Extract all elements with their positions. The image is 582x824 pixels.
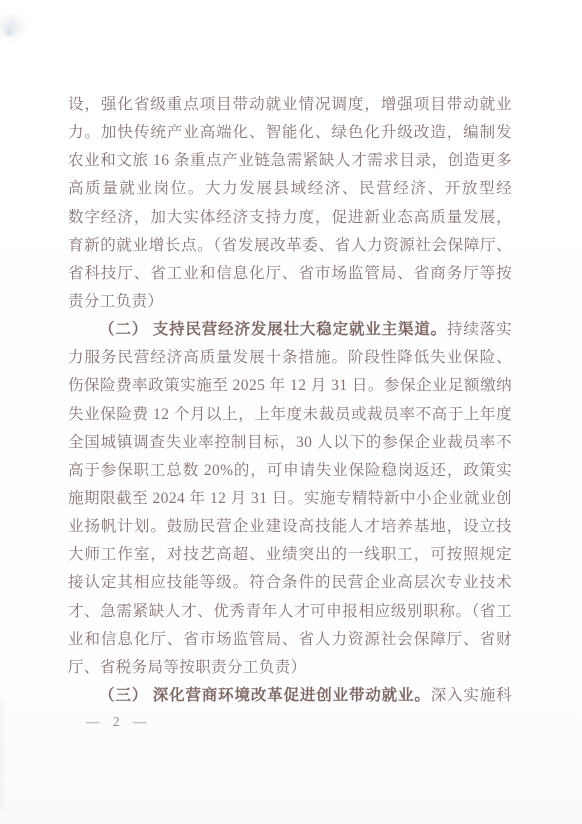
text-line: 数字经济，加大实体经济支持力度，促进新业态高质量发展，培 bbox=[68, 204, 512, 232]
text-line-content: 失业保险费 12 个月以上，上年度未裁员或裁员率不高于上年度 bbox=[68, 406, 512, 423]
text-line: 大师工作室，对技艺高超、业绩突出的一线职工，可按照规定直 bbox=[68, 541, 512, 569]
document-page: 设，强化省级重点项目带动就业情况调度，增强项目带动就业能力。加快传统产业高端化、… bbox=[0, 0, 582, 824]
text-line-content: 农业和文旅 16 条重点产业链急需紧缺人才需求目录，创造更多 bbox=[68, 152, 512, 169]
text-line: 力服务民营经济高质量发展十条措施。阶段性降低失业保险、工 bbox=[68, 344, 512, 372]
page-number: — 2 — bbox=[86, 708, 152, 736]
text-line: 才、急需紧缺人才、优秀青年人才可申报相应级别职称。（省工 bbox=[68, 598, 512, 626]
text-line-content: 厅、省税务局等按职责分工负责） bbox=[68, 659, 307, 676]
text-line-content: 大师工作室，对技艺高超、业绩突出的一线职工，可按照规定直 bbox=[68, 546, 512, 569]
text-line: （三） 深化营商环境改革促进创业带动就业。深入实施科技 bbox=[68, 682, 512, 710]
text-line-content: 省科技厅、省工业和信息化厅、省市场监管局、省商务厅等按职 bbox=[68, 265, 512, 288]
text-line-content: 施期限截至 2024 年 12 月 31 日。实施专精特新中小企业就业创 bbox=[68, 490, 512, 507]
text-line-content: 力服务民营经济高质量发展十条措施。阶段性降低失业保险、工 bbox=[68, 349, 512, 372]
text-line-content: 业扬帆计划。鼓励民营企业建设高技能人才培养基地，设立技能 bbox=[68, 518, 512, 541]
text-line-content: 高于参保职工总数 20%的，可申请失业保险稳岗返还，政策实 bbox=[68, 462, 512, 479]
text-line-content: 数字经济，加大实体经济支持力度，促进新业态高质量发展，培 bbox=[68, 209, 512, 232]
text-line: 力。加快传统产业高端化、智能化、绿色化升级改造，编制发布 bbox=[68, 119, 512, 147]
text-line: 农业和文旅 16 条重点产业链急需紧缺人才需求目录，创造更多 bbox=[68, 147, 512, 175]
text-line: 高质量就业岗位。大力发展县域经济、民营经济、开放型经济、 bbox=[68, 175, 512, 203]
text-line: 责分工负责） bbox=[68, 288, 512, 316]
document-body: 设，强化省级重点项目带动就业情况调度，增强项目带动就业能力。加快传统产业高端化、… bbox=[68, 91, 512, 710]
text-line: 失业保险费 12 个月以上，上年度未裁员或裁员率不高于上年度 bbox=[68, 401, 512, 429]
text-line: （二） 支持民营经济发展壮大稳定就业主渠道。持续落实大 bbox=[68, 316, 512, 344]
text-line: 接认定其相应技能等级。符合条件的民营企业高层次专业技术人 bbox=[68, 569, 512, 597]
text-line-content: 业和信息化厅、省市场监管局、省人力资源社会保障厅、省财政 bbox=[68, 631, 512, 654]
paragraph-heading: （三） 深化营商环境改革促进创业带动就业。 bbox=[99, 687, 431, 704]
text-line-content: 接认定其相应技能等级。符合条件的民营企业高层次专业技术人 bbox=[68, 574, 512, 597]
text-line-content: 伤保险费率政策实施至 2025 年 12 月 31 日。参保企业足额缴纳 bbox=[68, 377, 512, 394]
text-line: 厅、省税务局等按职责分工负责） bbox=[68, 654, 512, 682]
text-line: 业扬帆计划。鼓励民营企业建设高技能人才培养基地，设立技能 bbox=[68, 513, 512, 541]
scan-smudge-artifact bbox=[0, 12, 28, 42]
text-line: 高于参保职工总数 20%的，可申请失业保险稳岗返还，政策实 bbox=[68, 457, 512, 485]
text-line: 伤保险费率政策实施至 2025 年 12 月 31 日。参保企业足额缴纳 bbox=[68, 372, 512, 400]
scan-dot-artifact bbox=[4, 28, 14, 37]
text-line: 育新的就业增长点。（省发展改革委、省人力资源社会保障厅、 bbox=[68, 232, 512, 260]
text-line-content: 育新的就业增长点。（省发展改革委、省人力资源社会保障厅、 bbox=[68, 237, 512, 254]
text-line-content: 才、急需紧缺人才、优秀青年人才可申报相应级别职称。（省工 bbox=[68, 603, 512, 620]
text-line: 施期限截至 2024 年 12 月 31 日。实施专精特新中小企业就业创 bbox=[68, 485, 512, 513]
text-line: 省科技厅、省工业和信息化厅、省市场监管局、省商务厅等按职 bbox=[68, 260, 512, 288]
scan-edge-artifact bbox=[0, 700, 6, 810]
paragraph-heading: （二） 支持民营经济发展壮大稳定就业主渠道。 bbox=[99, 321, 447, 338]
text-line: 全国城镇调查失业率控制目标，30 人以下的参保企业裁员率不 bbox=[68, 429, 512, 457]
text-line: 业和信息化厅、省市场监管局、省人力资源社会保障厅、省财政 bbox=[68, 626, 512, 654]
text-line-content: 高质量就业岗位。大力发展县域经济、民营经济、开放型经济、 bbox=[68, 180, 512, 203]
text-line-content: 设，强化省级重点项目带动就业情况调度，增强项目带动就业能 bbox=[68, 96, 512, 119]
text-line-content: 力。加快传统产业高端化、智能化、绿色化升级改造，编制发布 bbox=[68, 124, 512, 147]
text-line-content: 全国城镇调查失业率控制目标，30 人以下的参保企业裁员率不 bbox=[68, 434, 512, 451]
text-line-content: 责分工负责） bbox=[68, 293, 163, 310]
text-line: 设，强化省级重点项目带动就业情况调度，增强项目带动就业能 bbox=[68, 91, 512, 119]
